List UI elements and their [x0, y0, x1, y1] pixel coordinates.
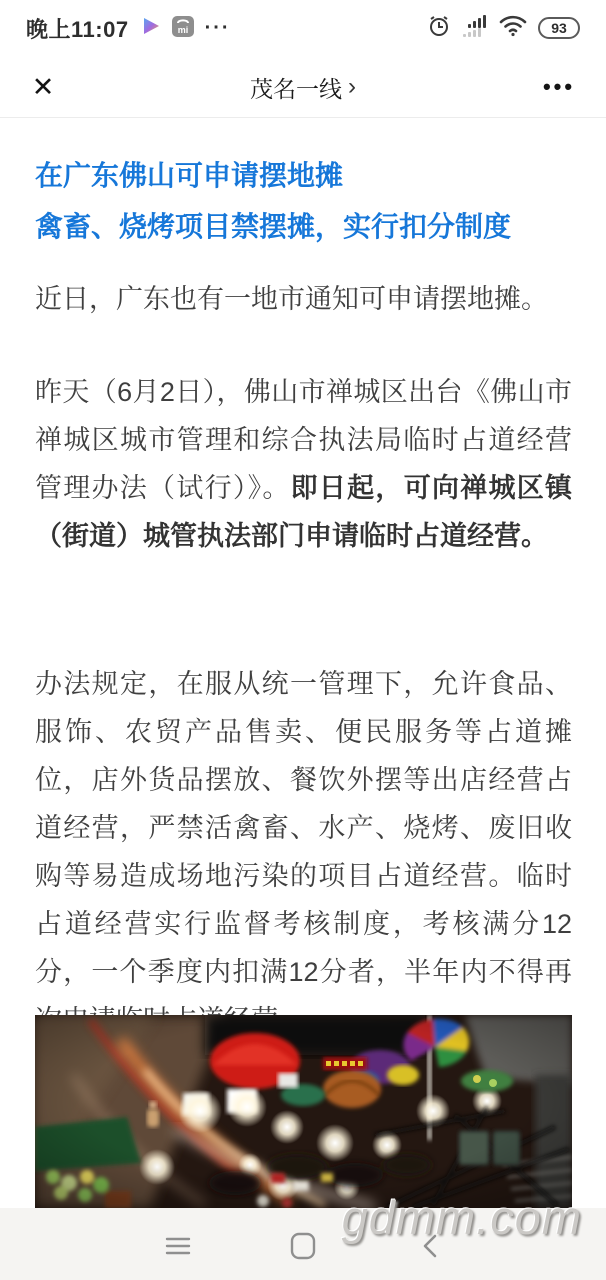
notification-icons: mi ··· [141, 14, 231, 43]
night-market-photo[interactable] [35, 1015, 572, 1208]
official-account-title[interactable]: 茂名一线 › [0, 56, 606, 118]
wifi-icon [499, 15, 527, 42]
clock-time: 晚上11:07 [26, 13, 129, 44]
article-body: 在广东佛山可申请摆地摊 禽畜、烧烤项目禁摆摊，实行扣分制度 近日，广东也有一地市… [35, 118, 572, 1071]
status-icons: 93 [427, 14, 580, 43]
recents-button[interactable] [156, 1226, 200, 1266]
svg-text:mi: mi [177, 25, 188, 35]
paragraph-1: 近日，广东也有一地市通知可申请摆地摊。 [35, 275, 572, 323]
article-headline: 在广东佛山可申请摆地摊 禽畜、烧烤项目禁摆摊，实行扣分制度 [35, 150, 572, 252]
headline-line-2: 禽畜、烧烤项目禁摆摊，实行扣分制度 [35, 201, 572, 252]
alarm-icon [427, 14, 451, 43]
mi-store-notification-icon: mi [171, 14, 195, 43]
back-chevron-icon [420, 1231, 440, 1261]
paragraph-3: 办法规定，在服从统一管理下，允许食品、服饰、农贸产品售卖、便民服务等占道摊位，店… [35, 660, 572, 1044]
back-button[interactable] [408, 1226, 452, 1266]
menu-icon [164, 1234, 192, 1258]
status-bar: 晚上11:07 mi ··· [0, 0, 606, 56]
battery-icon: 93 [538, 17, 580, 39]
video-play-notification-icon [141, 16, 161, 41]
paragraph-2: 昨天（6月2日），佛山市禅城区出台《佛山市禅城区城市管理和综合执法局临时占道经营… [35, 368, 572, 560]
webview-nav-bar: ✕ 茂名一线 › ••• [0, 56, 606, 118]
home-button[interactable] [281, 1226, 325, 1266]
home-square-icon [289, 1231, 317, 1261]
page-title: 茂名一线 [250, 71, 342, 104]
chevron-right-icon: › [348, 73, 356, 101]
more-notifications-icon: ··· [205, 18, 231, 38]
headline-line-1: 在广东佛山可申请摆地摊 [35, 150, 572, 201]
more-menu-button[interactable]: ••• [536, 66, 582, 108]
system-navigation-bar [0, 1208, 606, 1280]
signal-icon [462, 14, 488, 43]
